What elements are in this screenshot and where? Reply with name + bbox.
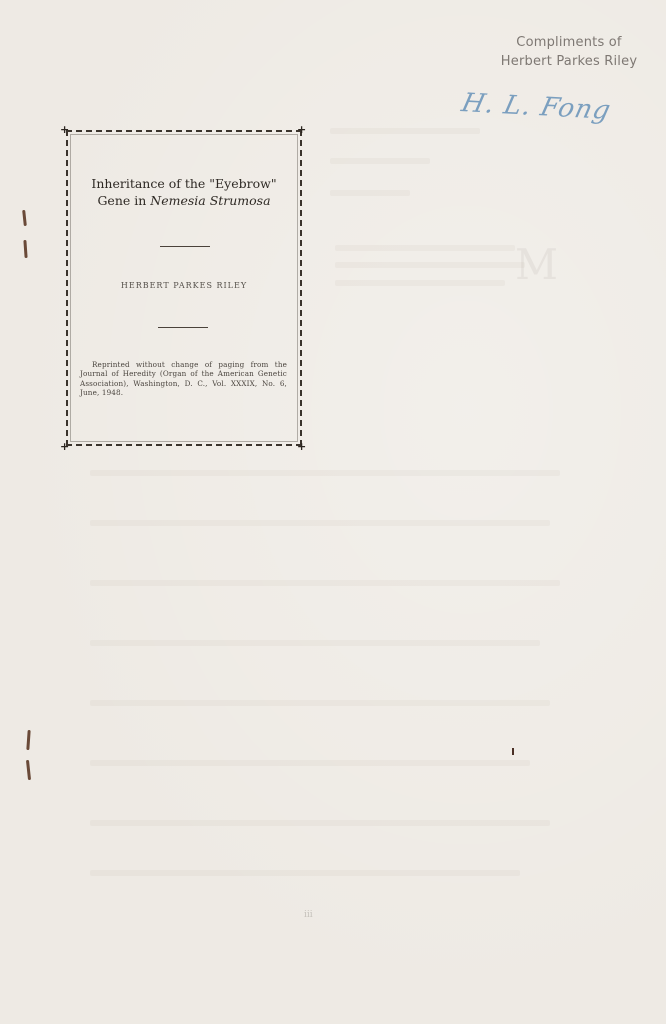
show-through-line: [90, 760, 530, 766]
show-through-line: [90, 820, 550, 826]
title-line-2: Gene in Nemesia Strumosa: [66, 192, 302, 209]
handwritten-signature: H. L. Fong: [459, 88, 614, 125]
title-line-1: Inheritance of the "Eyebrow": [66, 175, 302, 192]
author-name: HERBERT PARKES RILEY: [66, 281, 302, 290]
paper-speck: [512, 748, 514, 755]
divider-rule: [158, 327, 208, 328]
staple-icon: [26, 730, 30, 750]
divider-rule: [160, 246, 210, 247]
title-plain: Gene in: [97, 193, 150, 208]
title-species-italic: Nemesia Strumosa: [150, 193, 270, 208]
show-through-line: [330, 190, 410, 196]
show-through-line: [335, 262, 525, 268]
article-title: Inheritance of the "Eyebrow" Gene in Nem…: [66, 175, 302, 209]
show-through-line: [330, 128, 480, 134]
compliments-stamp: Compliments of Herbert Parkes Riley: [484, 33, 654, 71]
frame-corner-ornament: +: [60, 441, 69, 452]
show-through-line: [90, 640, 540, 646]
ghost-page-number: iii: [304, 910, 313, 920]
document-page: M + + + + Inheritance of the "Eyebrow" G…: [0, 0, 666, 1024]
staple-icon: [26, 760, 31, 780]
show-through-line: [330, 158, 430, 164]
frame-corner-ornament: +: [297, 124, 306, 135]
show-through-line: [90, 870, 520, 876]
stamp-line-1: Compliments of: [484, 33, 654, 52]
frame-corner-ornament: +: [297, 441, 306, 452]
staple-icon: [23, 240, 27, 258]
show-through-line: [90, 700, 550, 706]
show-through-line: [90, 580, 560, 586]
staple-icon: [22, 210, 27, 226]
frame-corner-ornament: +: [60, 124, 69, 135]
show-through-line: [335, 280, 505, 286]
show-through-line: [335, 245, 515, 251]
stamp-line-2: Herbert Parkes Riley: [484, 52, 654, 71]
show-through-initial: M: [515, 240, 558, 289]
show-through-line: [90, 470, 560, 476]
show-through-line: [90, 520, 550, 526]
reprint-note: Reprinted without change of paging from …: [80, 360, 287, 397]
